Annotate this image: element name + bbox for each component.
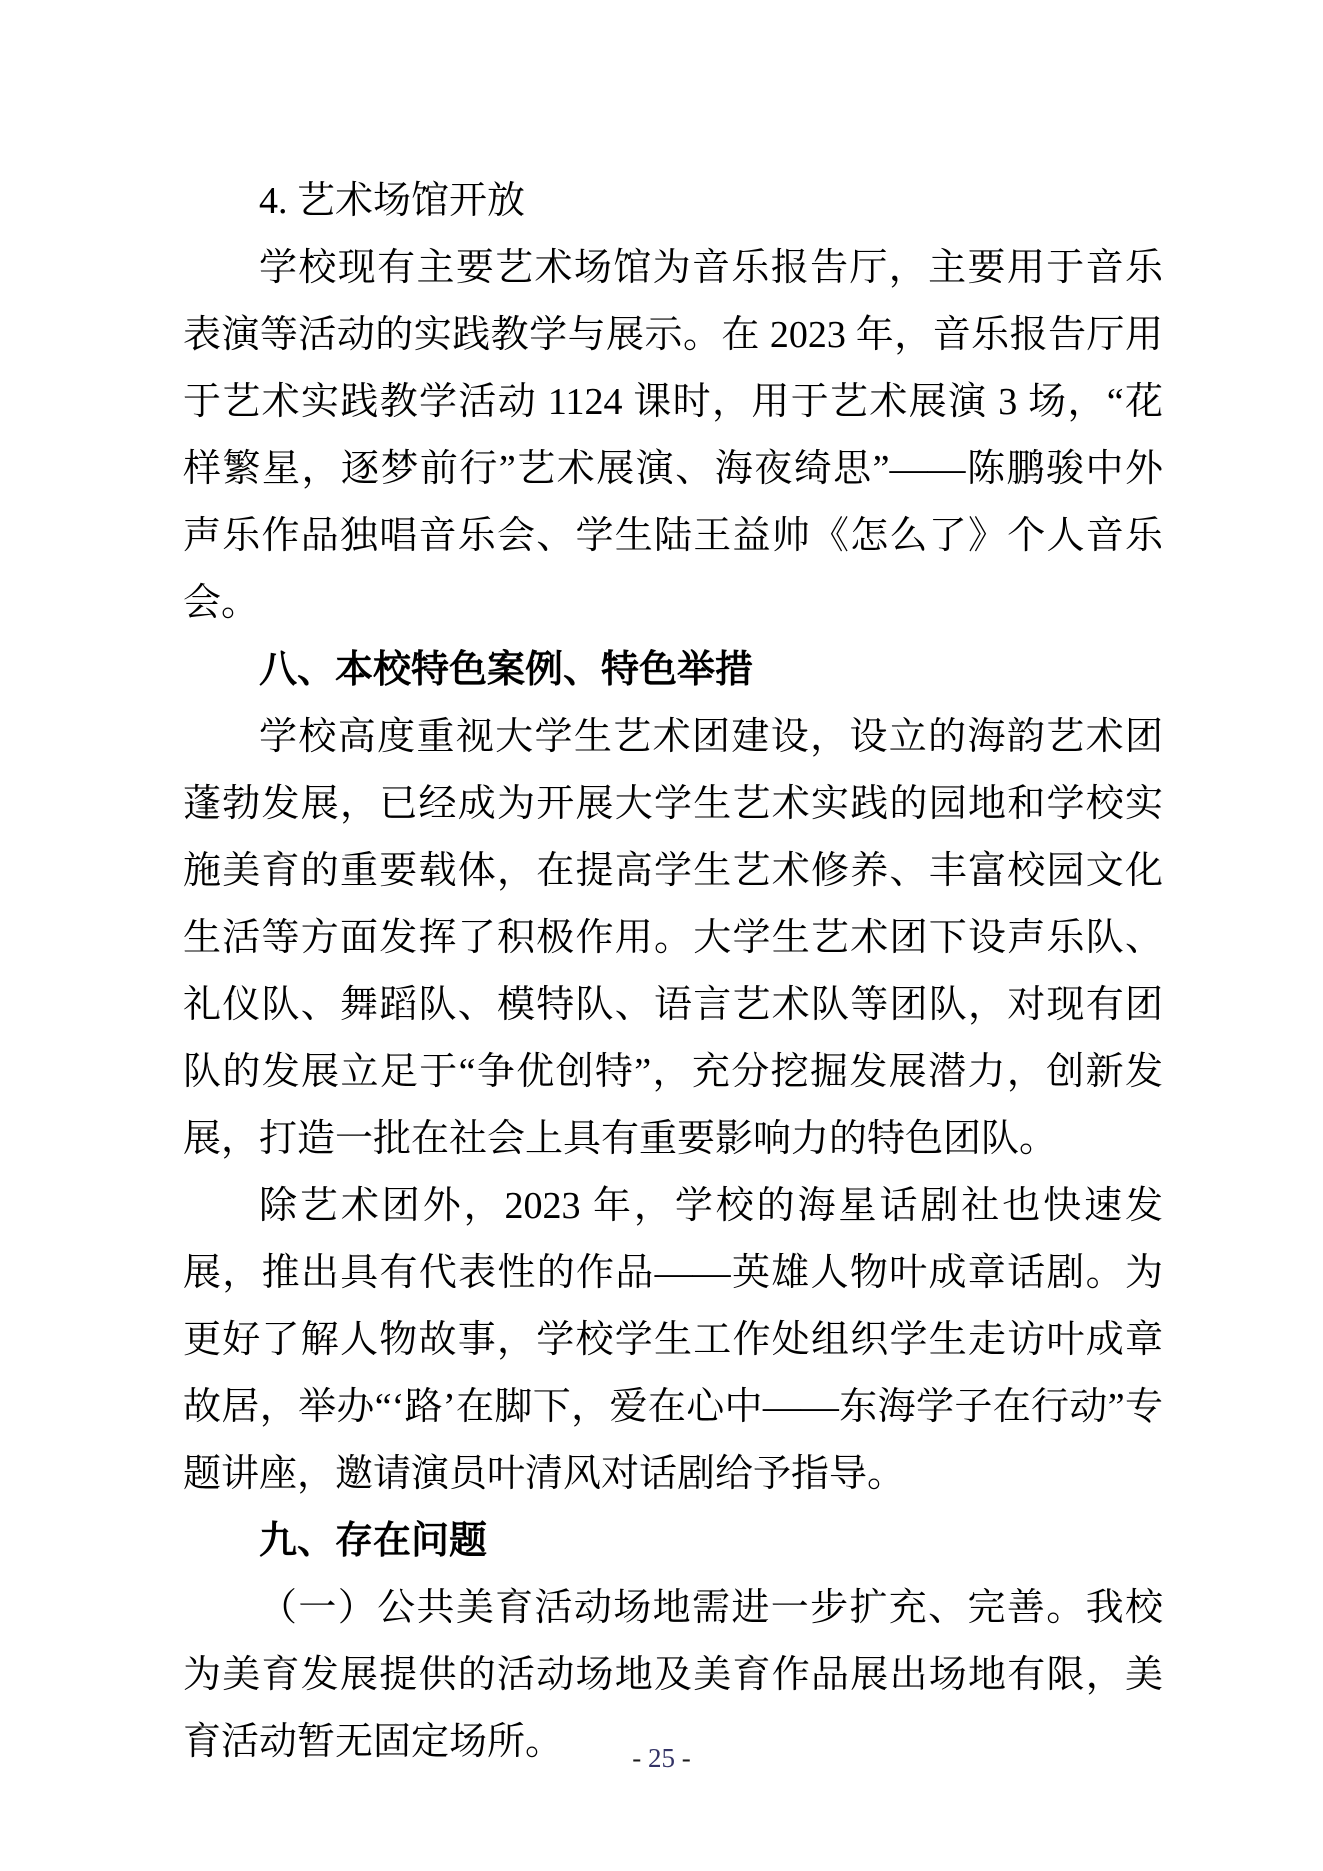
section-heading: 八、本校特色案例、特色举措: [183, 637, 1163, 704]
document-content: 4. 艺术场馆开放 学校现有主要艺术场馆为音乐报告厅，主要用于音乐表演等活动的实…: [183, 168, 1163, 1776]
page-number: 25: [648, 1743, 675, 1773]
page-number-suffix: -: [675, 1743, 691, 1773]
page-number-prefix: -: [632, 1743, 648, 1773]
page-footer: - 25 -: [0, 1740, 1323, 1776]
section-heading: 九、存在问题: [183, 1508, 1163, 1575]
sub-heading: 4. 艺术场馆开放: [183, 168, 1163, 235]
paragraph: 除艺术团外，2023 年，学校的海星话剧社也快速发展，推出具有代表性的作品——英…: [183, 1173, 1163, 1508]
paragraph: 学校现有主要艺术场馆为音乐报告厅，主要用于音乐表演等活动的实践教学与展示。在 2…: [183, 235, 1163, 637]
document-page: 4. 艺术场馆开放 学校现有主要艺术场馆为音乐报告厅，主要用于音乐表演等活动的实…: [0, 0, 1323, 1871]
paragraph: 学校高度重视大学生艺术团建设，设立的海韵艺术团蓬勃发展，已经成为开展大学生艺术实…: [183, 704, 1163, 1173]
